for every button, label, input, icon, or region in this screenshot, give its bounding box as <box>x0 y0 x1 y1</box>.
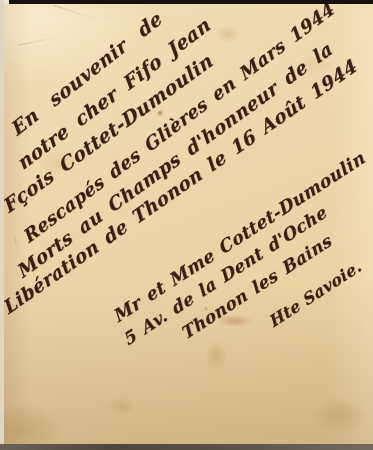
photo-top-edge <box>9 0 373 4</box>
photo-bottom-edge <box>0 444 373 450</box>
scan-left-edge <box>0 0 4 444</box>
scanned-handwritten-note: { "note": { "description": "Handwritten … <box>0 0 373 450</box>
